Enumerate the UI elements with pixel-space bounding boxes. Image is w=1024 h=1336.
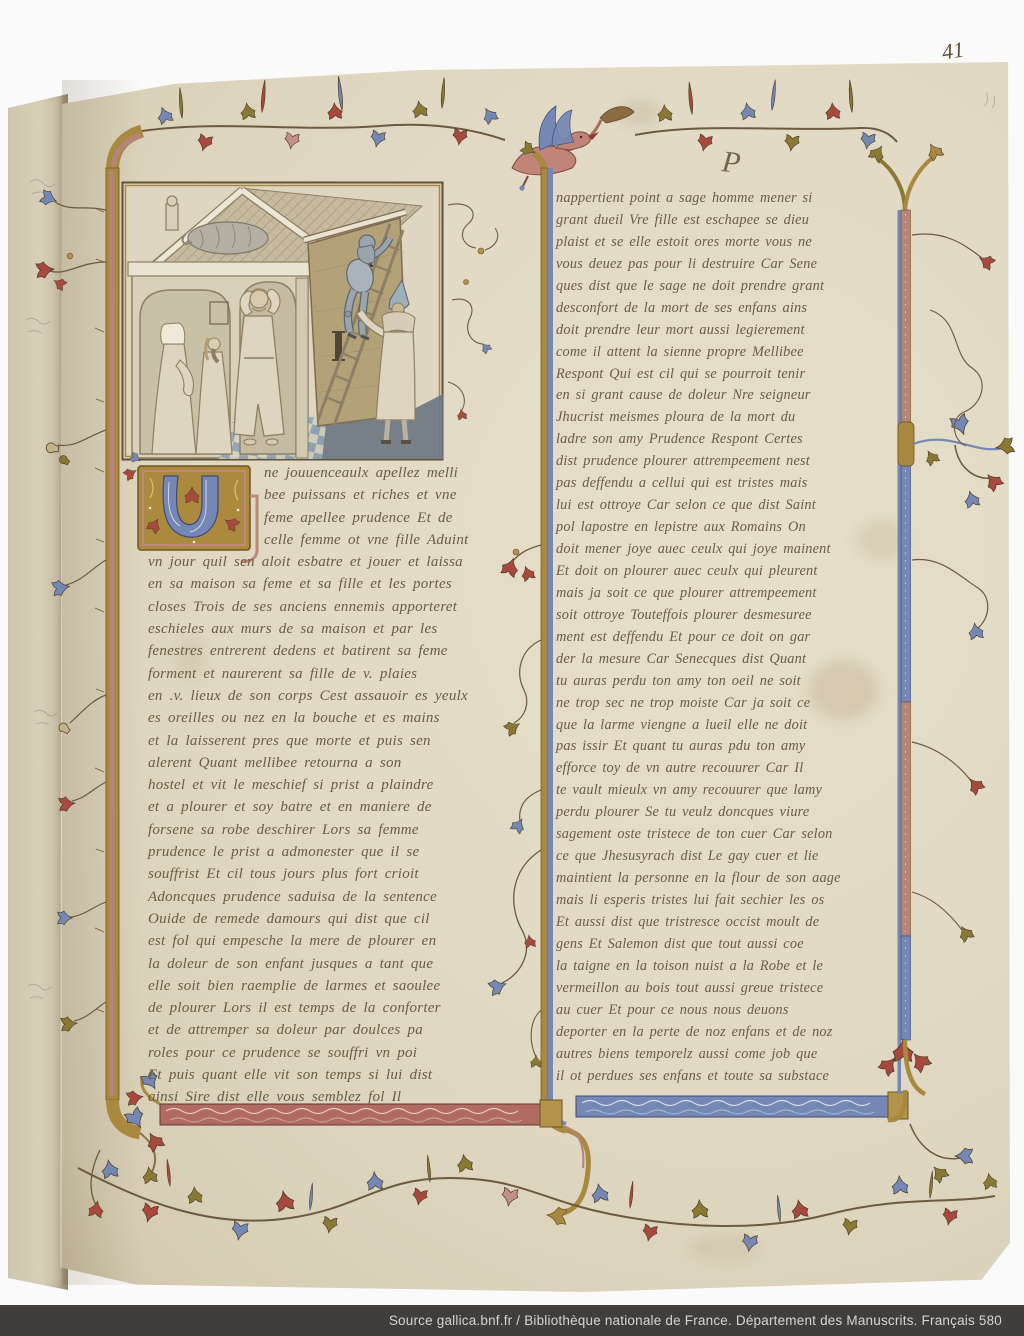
manuscript-text-line: et la laisserent pres que morte et puis …	[148, 730, 548, 752]
manuscript-text-line: vn jour quil sen aloit esbatre et jouer …	[148, 551, 548, 573]
manuscript-text-line: la taigne en la toison nuist a la Robe e…	[556, 956, 900, 978]
manuscript-text-line: roles pour ce prudence se souffri vn poi	[148, 1042, 548, 1064]
manuscript-text-line: dist prudence plourer attrempeement nest	[556, 451, 900, 473]
manuscript-text-line: deporter en la perte de noz enfans et de…	[556, 1022, 900, 1044]
text-column-right: nappertient point a sage homme mener sig…	[556, 188, 900, 1087]
manuscript-text-line: Adoncques prudence saduisa de la sentenc…	[148, 886, 548, 908]
text-column-left: ne jouuenceaulx apellez mellibee puissan…	[148, 462, 548, 1109]
manuscript-text-line: pas deffendu a cellui qui est tristes ma…	[556, 473, 900, 495]
manuscript-text-line: forment et naurerent sa fille de v. plai…	[148, 663, 548, 685]
right-margin-sprigs	[912, 234, 996, 943]
manuscript-text-line: gens Et Salemon dist que tout aussi coe	[556, 934, 900, 956]
manuscript-text-line: eschieles aux murs de sa maison et par l…	[148, 618, 548, 640]
manuscript-text-line: ne jouuenceaulx apellez melli	[264, 462, 548, 484]
manuscript-text-line: feme apellee prudence Et de	[264, 507, 548, 529]
manuscript-text-line: pas issir Et quant tu auras pdu ton amy	[556, 736, 900, 758]
manuscript-text-line: Jhucrist meismes ploura de la mort du	[556, 407, 900, 429]
manuscript-text-line: en si grant cause de doleur Nre seigneur	[556, 385, 900, 407]
manuscript-text-line: efforce toy de vn autre recouurer Car Il	[556, 758, 900, 780]
top-vine	[142, 76, 897, 153]
manuscript-text-line: Respont Qui est cil qui se pourroit teni…	[556, 364, 900, 386]
manuscript-text-line: au cuer Et pour ce nous nous deuons	[556, 1000, 900, 1022]
manuscript-text-line: elle soit bien raemplie de larmes et sao…	[148, 975, 548, 997]
manuscript-text-line: en sa maison sa feme et sa fille et les …	[148, 573, 548, 595]
manuscript-text-line: nappertient point a sage homme mener si	[556, 188, 900, 210]
manuscript-text-line: vermeillon au bois tout aussi greue tris…	[556, 978, 900, 1000]
photo-backdrop: 41 P ne jouuenceaulx apellez mellibee pu…	[0, 0, 1024, 1336]
manuscript-text-line: est fol qui empesche la mere de plourer …	[148, 930, 548, 952]
manuscript-text-line: et de attremper sa doleur par doulces pa	[148, 1019, 548, 1041]
miniature-flourishes	[448, 204, 498, 420]
manuscript-text-line: Et doit on plourer auec ceulx qui pleure…	[556, 561, 900, 583]
manuscript-text-line: la doleur de son enfant jusques a tant q…	[148, 953, 548, 975]
manuscript-text-line: Et aussi dist que tristresce occist moul…	[556, 912, 900, 934]
manuscript-text-line: pol lapostre en lepistre aux Romains On	[556, 517, 900, 539]
manuscript-text-line: ques dist que le sage ne doit prendre gr…	[556, 276, 900, 298]
manuscript-text-line: forsene sa robe deschirer Lors sa femme	[148, 819, 548, 841]
manuscript-text-line: come il attent la sienne propre Mellibee	[556, 342, 900, 364]
manuscript-text-line: Ouide de remede damours qui dist que cil	[148, 908, 548, 930]
manuscript-text-line: et a plourer et soy batre et en maniere …	[148, 796, 548, 818]
manuscript-text-line: maintient la personne en la flour de son…	[556, 868, 900, 890]
cat-on-eaves	[188, 222, 268, 254]
manuscript-text-line: en .v. lieux de son corps Cest assauoir …	[148, 685, 548, 707]
source-text: Source gallica.bnf.fr / Bibliothèque nat…	[389, 1313, 1002, 1328]
column-left-full-lines: vn jour quil sen aloit esbatre et jouer …	[148, 551, 548, 1108]
manuscript-text-line: ne trop sec ne trop moiste Car ja soit c…	[556, 693, 900, 715]
manuscript-text-line: que la larme viengne a lueil elle ne doi…	[556, 715, 900, 737]
manuscript-text-line: prudence le prist a admonester que il se	[148, 841, 548, 863]
manuscript-text-line: ce que Jhesusyrach dist Le gay cuer et l…	[556, 846, 900, 868]
column-left-indented-lines: ne jouuenceaulx apellez mellibee puissan…	[264, 462, 548, 551]
manuscript-text-line: souffrist Et cil tous jours plus fort cr…	[148, 863, 548, 885]
manuscript-text-line: der la mesure Car Senecques dist Quant	[556, 649, 900, 671]
manuscript-text-line: fenestres entrerent dedens et batirent s…	[148, 640, 548, 662]
bottom-vine	[78, 1124, 998, 1252]
manuscript-text-line: closes Trois de ses anciens ennemis appo…	[148, 596, 548, 618]
manuscript-text-line: doit mener joye auec ceulx qui joye main…	[556, 539, 900, 561]
manuscript-text-line: mais ja soit ce que plourer attrempeemen…	[556, 583, 900, 605]
manuscript-text-line: lui est ottroye Car selon ce que dist Sa…	[556, 495, 900, 517]
manuscript-text-line: vous deuez pas pour li destruire Car Sen…	[556, 254, 900, 276]
manuscript-text-line: autres biens temporelz aussi come job qu…	[556, 1044, 900, 1066]
manuscript-text-line: celle femme ot vne fille Aduint	[264, 529, 548, 551]
manuscript-text-line: sagement oste tristece de ton cuer Car s…	[556, 824, 900, 846]
manuscript-text-line: soit ottroye Touteffois plourer desmesur…	[556, 605, 900, 627]
manuscript-text-line: alerent Quant mellibee retourna a son	[148, 752, 548, 774]
manuscript-text-line: te vault mieulx vn amy recouurer que lam…	[556, 780, 900, 802]
miniature	[123, 183, 444, 461]
source-attribution-bar: Source gallica.bnf.fr / Bibliothèque nat…	[0, 1305, 1024, 1336]
manuscript-text-line: de plourer Lors il est temps de la confo…	[148, 997, 548, 1019]
manuscript-text-line: hostel et vit le meschief si prist a pla…	[148, 774, 548, 796]
manuscript-text-line: es oreilles ou nez en la bouche et es ma…	[148, 707, 548, 729]
manuscript-text-line: doit prendre leur mort aussi legierement	[556, 320, 900, 342]
manuscript-text-line: ainsi Sire dist elle vous semblez fol Il	[148, 1086, 548, 1108]
manuscript-text-line: mais li esperis tristes lui fait sechier…	[556, 890, 900, 912]
manuscript-text-line: bee puissans et riches et vne	[264, 484, 548, 506]
folio-number: 41	[940, 37, 965, 66]
manuscript-text-line: ladre son amy Prudence Respont Certes	[556, 429, 900, 451]
manuscript-text-line: ment est deffendu Et pour ce doit on gar	[556, 627, 900, 649]
left-margin-sprigs	[36, 189, 106, 1032]
manuscript-text-line: plaist et se elle estoit ores morte vous…	[556, 232, 900, 254]
manuscript-text-line: Et puis quant elle vit son temps si lui …	[148, 1064, 548, 1086]
manuscript-text-line: tu auras perdu ton amy ton oeil ne soit	[556, 671, 900, 693]
manuscript-text-line: grant dueil Vre fille est eschapee se di…	[556, 210, 900, 232]
manuscript-text-line: perdu plourer Se tu veulz doncques viure	[556, 802, 900, 824]
manuscript-text-line: il ot perdues ses enfans et toute sa sub…	[556, 1066, 900, 1088]
guide-letter: P	[720, 145, 742, 181]
manuscript-text-line: desconfort de la mort de ses enfans ains	[556, 298, 900, 320]
